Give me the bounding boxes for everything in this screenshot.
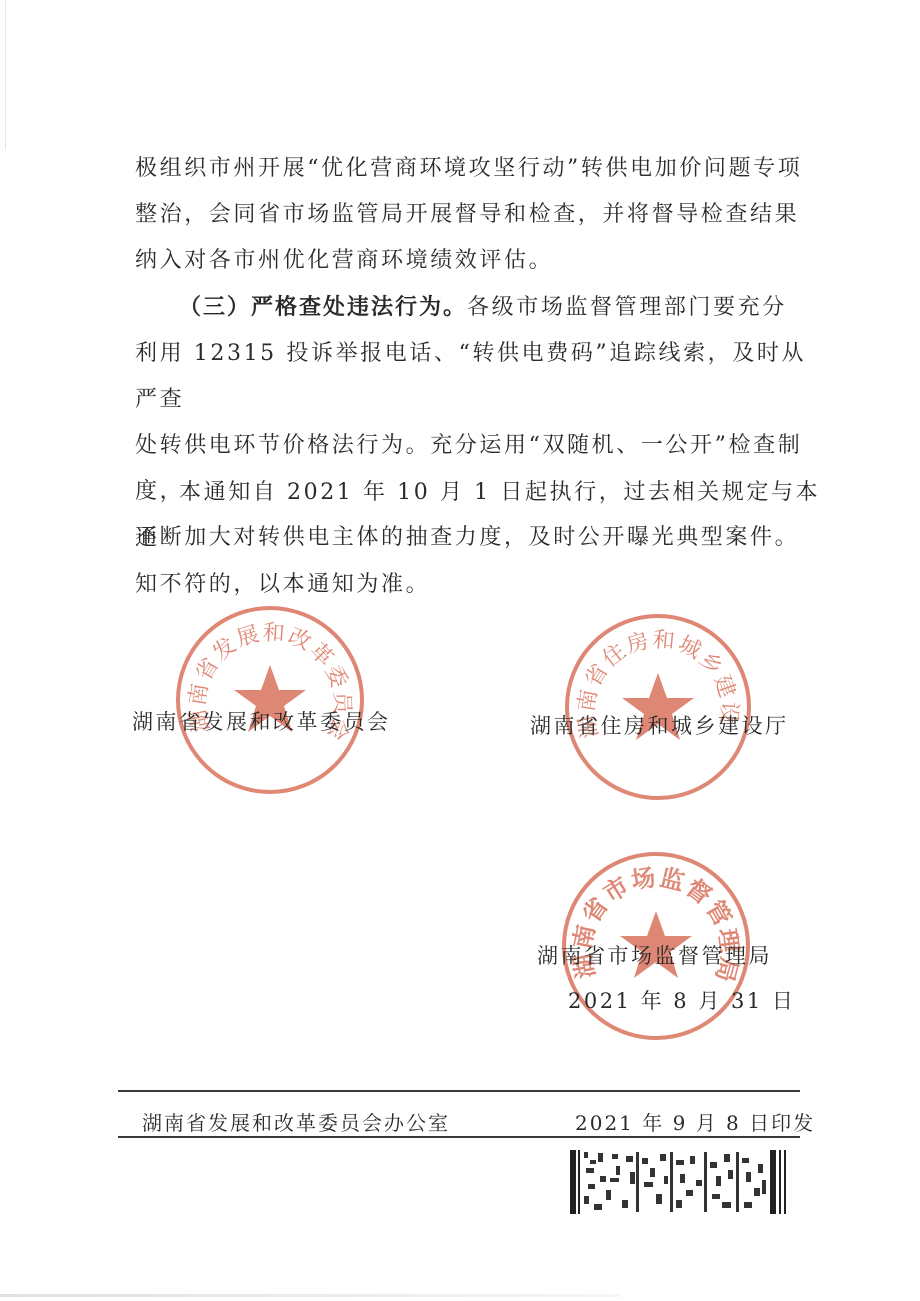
footer-rule-bottom <box>118 1136 800 1138</box>
text-line: 纳入对各市州优化营商环境绩效评估。 <box>135 238 825 284</box>
section-heading: （三）严格查处违法行为。 <box>179 295 467 320</box>
barcode-icon <box>570 1150 790 1214</box>
text-line: 本通知自 2021 年 10 月 1 日起执行，过去相关规定与本通 <box>135 470 825 562</box>
star-icon: 湖南省发展和改革委员会 <box>180 610 360 790</box>
page-edge <box>5 0 6 150</box>
issuer: 湖南省发展和改革委员会办公室 <box>142 1107 450 1136</box>
signing-date: 2021 年 8 月 31 日 <box>568 985 795 1015</box>
text-line: 知不符的，以本通知为准。 <box>135 562 825 608</box>
paragraph-3: 本通知自 2021 年 10 月 1 日起执行，过去相关规定与本通 知不符的，以… <box>135 470 825 608</box>
footer-rule-top <box>118 1090 800 1092</box>
official-seal-drc: 湖南省发展和改革委员会 <box>176 606 364 794</box>
text-line: 整治，会同省市场监管局开展督导和检查，并将督导检查结果 <box>135 192 825 238</box>
text-span: 各级市场监督管理部门要充分 <box>467 295 787 320</box>
signature-housing: 湖南省住房和城乡建设厅 <box>530 710 789 740</box>
star-icon: 湖南省住房和城乡建设厅 <box>569 618 747 796</box>
paragraph-1: 极组织市州开展“优化营商环境攻坚行动”转供电加价问题专项 整治，会同省市场监管局… <box>135 146 825 284</box>
page-edge <box>0 1294 620 1297</box>
text-line: （三）严格查处违法行为。各级市场监督管理部门要充分 <box>135 285 825 331</box>
text-line: 利用 12315 投诉举报电话、“转供电费码”追踪线索，及时从严查 <box>135 331 825 423</box>
text-line: 极组织市州开展“优化营商环境攻坚行动”转供电加价问题专项 <box>135 146 825 192</box>
signature-drc: 湖南省发展和改革委员会 <box>132 706 391 736</box>
issue-date: 2021 年 9 月 8 日印发 <box>575 1107 815 1136</box>
signature-market: 湖南省市场监督管理局 <box>537 940 772 970</box>
official-seal-housing: 湖南省住房和城乡建设厅 <box>565 614 751 800</box>
